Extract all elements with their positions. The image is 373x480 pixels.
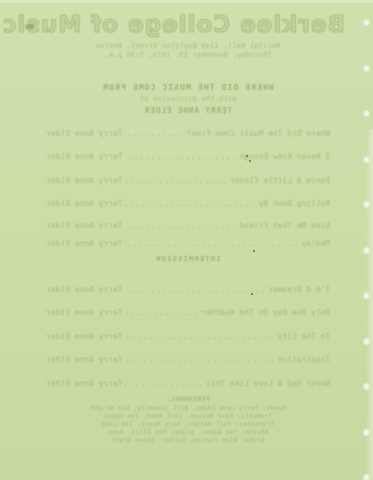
event-date-line: Thursday, November 15, 1973, 7:30 p.m. <box>45 51 331 59</box>
dot-leader <box>125 199 255 208</box>
piece-credit: Terry Anne Elder <box>46 379 122 388</box>
personnel-heading: PERSONNEL: <box>45 395 331 403</box>
program-line: Where Did The Music Come From? Terry Ann… <box>46 129 330 138</box>
piece-credit: Terry Anne Elder <box>46 176 122 185</box>
personnel-line: Drums: Alan Pierce; Guitar: Steve Grant <box>45 437 331 445</box>
dot-leader <box>125 308 198 317</box>
personnel-line: Reeds: Terry Lane Adams, Bill Connelly, … <box>45 405 331 413</box>
dot-leader <box>125 152 236 161</box>
piece-title: Dance A Little Closer <box>230 176 330 185</box>
punch-hole <box>363 201 370 208</box>
piece-credit: Terry Anne Elder <box>46 332 122 341</box>
page-right-edge <box>366 130 373 480</box>
ink-speck <box>249 160 251 162</box>
program-line: In The City Terry Anne Elder <box>46 332 330 341</box>
concert-title: WHERE DID THE MUSIC COME FROM <box>45 83 331 92</box>
program-line: I Never Knew Enough Terry Anne Elder <box>46 152 330 161</box>
concert-director: TERRY ANNE ELDER <box>45 106 331 115</box>
program-line: Rolling Down By Terry Anne Elder <box>46 199 330 208</box>
scanned-program-page: Berklee College of Music Recital Hall, 1… <box>0 0 373 480</box>
dot-leader <box>125 355 274 364</box>
piece-credit: Terry Anne Elder <box>46 285 122 294</box>
ink-speck <box>251 293 253 295</box>
program-line: Never Had A Love Like This Terry Anne El… <box>46 379 330 388</box>
personnel-line: Trumpets: Dave Nelson, Carl Reed, Tom Ha… <box>45 413 331 421</box>
piece-credit: Terry Anne Elder <box>46 308 122 317</box>
concert-subtitle: with the discussion of <box>45 95 331 103</box>
piece-title: Give Me That Friend <box>239 221 330 230</box>
piece-title: In The City <box>278 332 331 341</box>
piece-title: Rolling Down By <box>258 199 330 208</box>
program-line: I'm A Dreamer Terry Anne Elder <box>46 285 330 294</box>
dot-leader <box>125 379 203 388</box>
personnel-line: Trombones: Phil Watson, Gary Moore, Jim … <box>45 421 331 429</box>
piece-title: I'm A Dreamer <box>268 285 330 294</box>
punch-hole <box>363 110 370 117</box>
dot-leader <box>125 239 298 248</box>
piece-credit: Terry Anne Elder <box>46 129 122 138</box>
punch-hole <box>363 474 370 480</box>
piece-title: Only One Day On The Weather <box>201 308 330 317</box>
mirrored-print-content: Berklee College of Music Recital Hall, 1… <box>45 0 331 480</box>
berklee-logo-text: Berklee College of Music <box>31 12 345 38</box>
piece-title: Never Had A Love Like This <box>206 379 330 388</box>
piece-credit: Terry Anne Elder <box>46 221 122 230</box>
dot-leader <box>125 129 183 138</box>
personnel-line: Rhythm: Ted Baker, piano; Ron Ellis, bas… <box>45 429 331 437</box>
program-line: Dance A Little Closer Terry Anne Elder <box>46 176 330 185</box>
ink-speck <box>246 155 248 157</box>
ink-speck <box>253 250 255 252</box>
venue-address-line: Recital Hall, 1140 Boylston Street, Bost… <box>45 42 331 50</box>
dot-leader <box>125 176 226 185</box>
program-line: Only One Day On The Weather Terry Anne E… <box>46 308 330 317</box>
dot-leader <box>125 332 274 341</box>
program-line: Inspiration Terry Anne Elder <box>46 355 330 364</box>
punch-hole <box>363 338 370 345</box>
dot-leader <box>125 221 236 230</box>
piece-title: I Never Knew Enough <box>239 152 330 161</box>
dot-leader <box>125 285 265 294</box>
personnel-block: PERSONNEL: Reeds: Terry Lane Adams, Bill… <box>45 395 331 445</box>
punch-hole <box>363 247 370 254</box>
piece-title: Where Did The Music Come From? <box>187 129 330 138</box>
punch-hole <box>363 429 370 436</box>
piece-title: Inspiration <box>278 355 331 364</box>
program-line: Give Me That Friend Terry Anne Elder <box>46 221 330 230</box>
punch-hole <box>363 65 370 72</box>
paper-smudge <box>25 24 34 29</box>
program-line: Medley Terry Anne Elder <box>46 239 330 248</box>
punch-hole <box>363 292 370 299</box>
punch-hole <box>363 156 370 163</box>
intermission-label: INTERMISSION <box>45 254 331 263</box>
piece-title: Medley <box>301 239 330 248</box>
piece-credit: Terry Anne Elder <box>46 239 122 248</box>
punch-hole <box>363 19 370 26</box>
piece-credit: Terry Anne Elder <box>46 355 122 364</box>
piece-credit: Terry Anne Elder <box>46 199 122 208</box>
piece-credit: Terry Anne Elder <box>46 152 122 161</box>
punch-hole <box>363 383 370 390</box>
